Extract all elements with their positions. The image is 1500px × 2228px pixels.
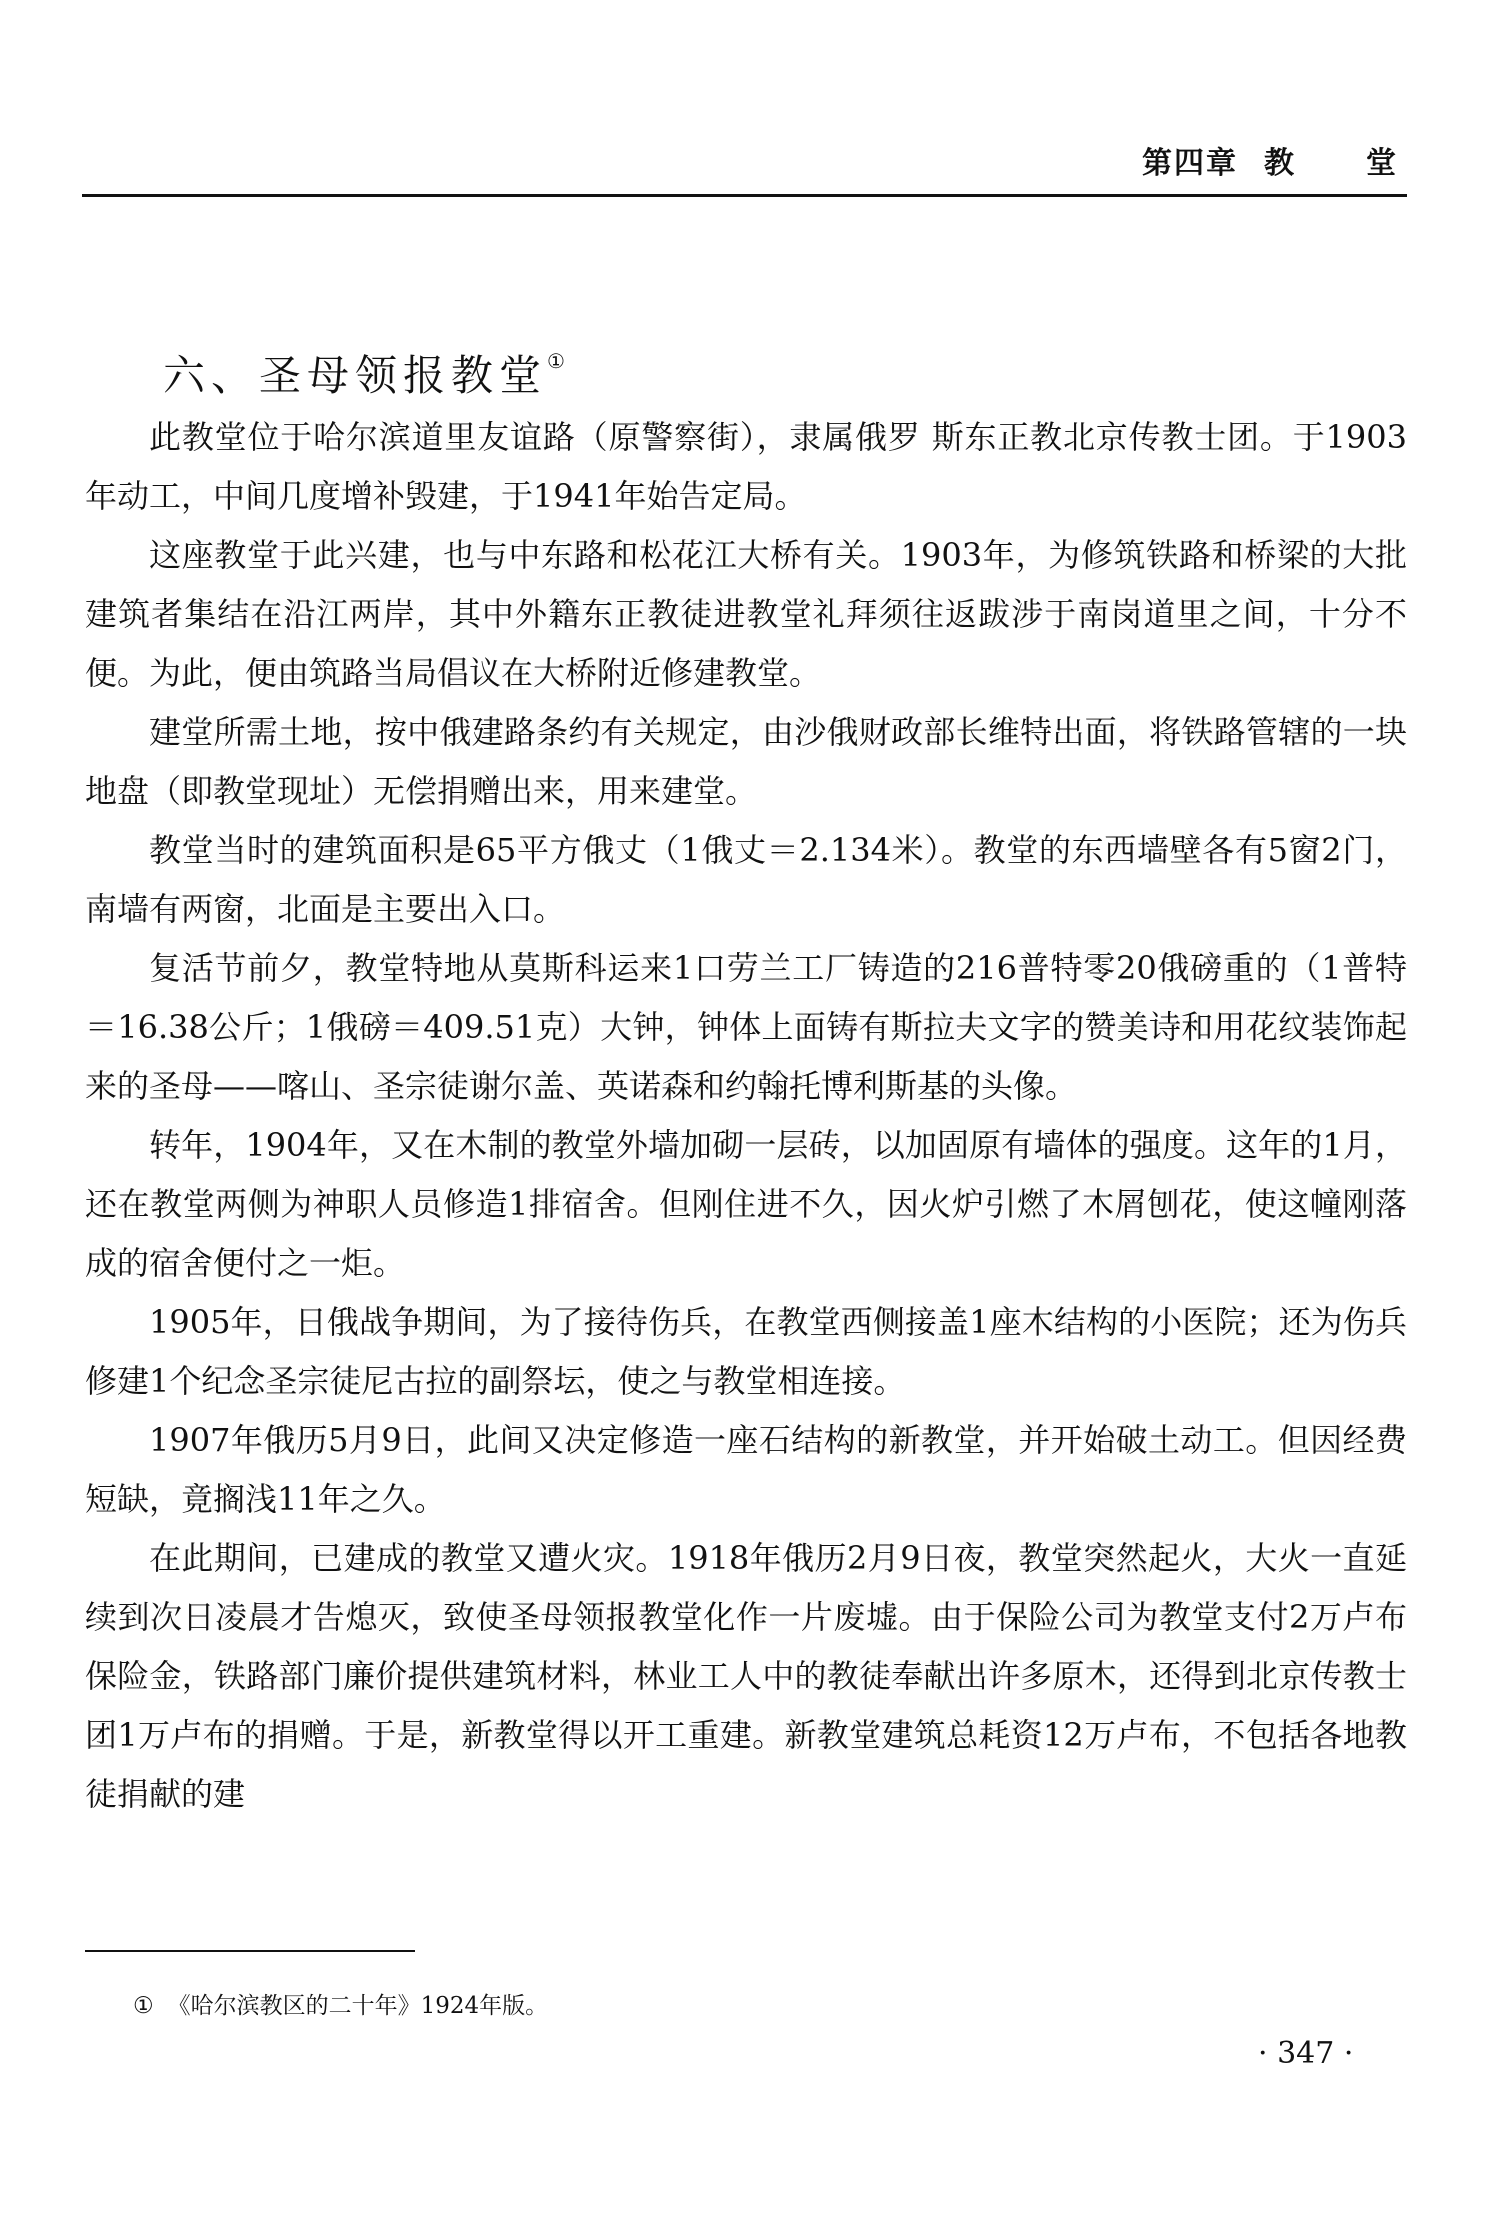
header-rule xyxy=(82,194,1407,197)
paragraph: 在此期间，已建成的教堂又遭火灾。1918年俄历2月9日夜，教堂突然起火，大火一直… xyxy=(85,1529,1407,1824)
paragraph: 教堂当时的建筑面积是65平方俄丈（1俄丈＝2.134米）。教堂的东西墙壁各有5窗… xyxy=(85,821,1407,939)
footnote-text: 《哈尔滨教区的二十年》1924年版。 xyxy=(168,1993,549,2019)
paragraph: 此教堂位于哈尔滨道里友谊路（原警察街），隶属俄罗 斯东正教北京传教士团。于190… xyxy=(85,408,1407,526)
paragraph: 1905年，日俄战争期间，为了接待伤兵，在教堂西侧接盖1座木结构的小医院；还为伤… xyxy=(85,1293,1407,1411)
footnote-rule xyxy=(85,1950,415,1952)
paragraph: 这座教堂于此兴建，也与中东路和松花江大桥有关。1903年，为修筑铁路和桥梁的大批… xyxy=(85,526,1407,703)
body-text: 此教堂位于哈尔滨道里友谊路（原警察街），隶属俄罗 斯东正教北京传教士团。于190… xyxy=(85,408,1407,1824)
paragraph: 建堂所需土地，按中俄建路条约有关规定，由沙俄财政部长维特出面，将铁路管辖的一块地… xyxy=(85,703,1407,821)
section-title-text: 六、圣母领报教堂 xyxy=(163,351,547,400)
chapter-label: 第四章 xyxy=(1142,146,1238,181)
running-head: 第四章教堂 xyxy=(0,138,1398,182)
paragraph: 复活节前夕，教堂特地从莫斯科运来1口劳兰工厂铸造的216普特零20俄磅重的（1普… xyxy=(85,939,1407,1116)
paragraph: 1907年俄历5月9日，此间又决定修造一座石结构的新教堂，并开始破土动工。但因经… xyxy=(85,1411,1407,1529)
chapter-title-char-1: 教 xyxy=(1264,146,1296,181)
section-title: 六、圣母领报教堂① xyxy=(163,343,565,403)
footnote-mark: ① xyxy=(133,1993,154,2019)
page-number: · 347 · xyxy=(1258,2036,1353,2071)
paragraph: 转年，1904年，又在木制的教堂外墙加砌一层砖，以加固原有墙体的强度。这年的1月… xyxy=(85,1116,1407,1293)
footnote-ref[interactable]: ① xyxy=(547,349,565,373)
footnote: ①《哈尔滨教区的二十年》1924年版。 xyxy=(133,1987,548,2020)
chapter-title-char-2: 堂 xyxy=(1366,146,1398,181)
